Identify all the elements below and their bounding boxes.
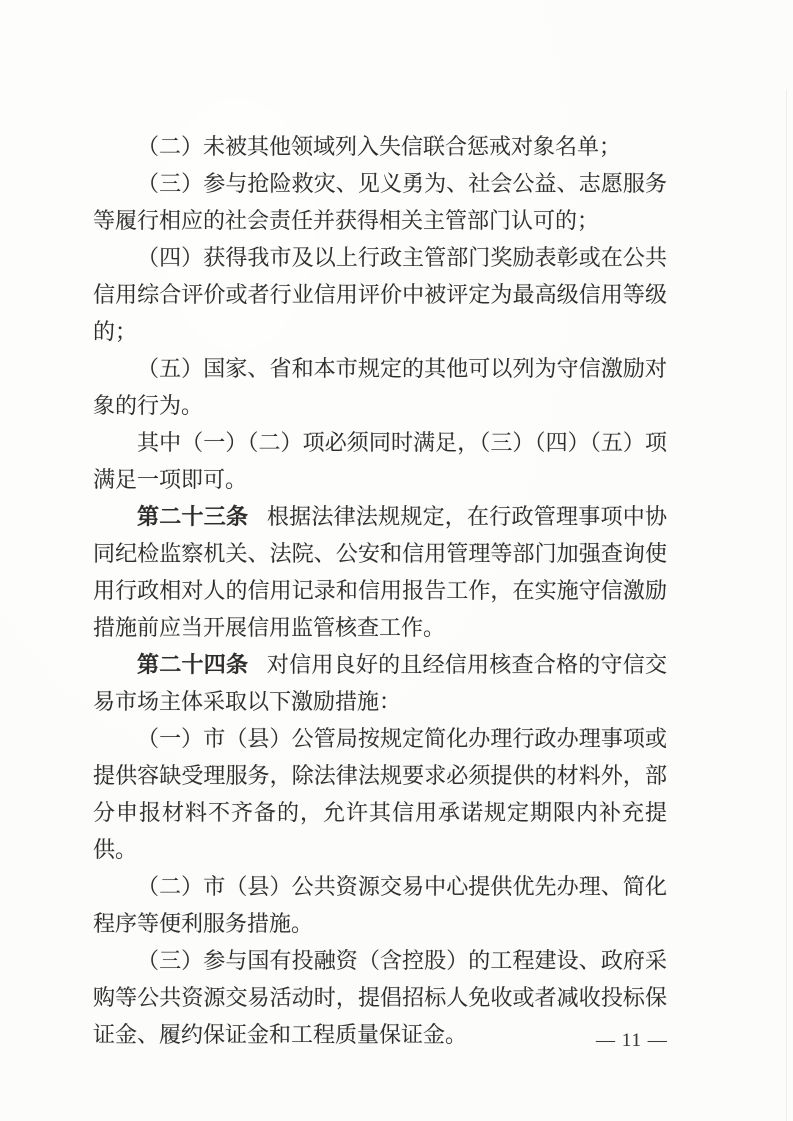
paragraph-text: 其中（一）（二）项必须同时满足，（三）（四）（五）项满足一项即可。 (93, 430, 667, 492)
page-footer: — 11 — (0, 1030, 793, 1060)
document-page: （二）未被其他领域列入失信联合惩戒对象名单；（三）参与抢险救灾、见义勇为、社会公… (0, 0, 793, 1121)
paragraph: （五）国家、省和本市规定的其他可以列为守信激励对象的行为。 (93, 350, 667, 424)
paragraph-text: （二）市（县）公共资源交易中心提供优先办理、简化程序等便利服务措施。 (93, 874, 667, 936)
paragraph-text: （三）参与抢险救灾、见义勇为、社会公益、志愿服务等履行相应的社会责任并获得相关主… (93, 171, 667, 233)
paragraph-text: （一）市（县）公管局按规定简化办理行政办理事项或提供容缺受理服务，除法律法规要求… (93, 726, 667, 862)
paragraph: 第二十三条根据法律法规规定，在行政管理事项中协同纪检监察机关、法院、公安和信用管… (93, 498, 667, 646)
paragraph: 第二十四条对信用良好的且经信用核查合格的守信交易市场主体采取以下激励措施： (93, 646, 667, 720)
paragraph: （三）参与抢险救灾、见义勇为、社会公益、志愿服务等履行相应的社会责任并获得相关主… (93, 165, 667, 239)
page-number: — 11 — (596, 1030, 668, 1052)
article-number: 第二十四条 (137, 652, 248, 677)
document-body: （二）未被其他领域列入失信联合惩戒对象名单；（三）参与抢险救灾、见义勇为、社会公… (93, 128, 667, 1053)
paragraph-text: （五）国家、省和本市规定的其他可以列为守信激励对象的行为。 (93, 356, 667, 418)
paragraph-text: （四）获得我市及以上行政主管部门奖励表彰或在公共信用综合评价或者行业信用评价中被… (93, 245, 667, 344)
paragraph: （二）市（县）公共资源交易中心提供优先办理、简化程序等便利服务措施。 (93, 868, 667, 942)
paragraph: （一）市（县）公管局按规定简化办理行政办理事项或提供容缺受理服务，除法律法规要求… (93, 720, 667, 868)
paragraph-text: （二）未被其他领域列入失信联合惩戒对象名单； (137, 134, 621, 159)
scan-edge-artifact (786, 90, 787, 1121)
paragraph: （二）未被其他领域列入失信联合惩戒对象名单； (93, 128, 667, 165)
paragraph: 其中（一）（二）项必须同时满足，（三）（四）（五）项满足一项即可。 (93, 424, 667, 498)
article-number: 第二十三条 (137, 504, 248, 529)
paragraph: （四）获得我市及以上行政主管部门奖励表彰或在公共信用综合评价或者行业信用评价中被… (93, 239, 667, 350)
